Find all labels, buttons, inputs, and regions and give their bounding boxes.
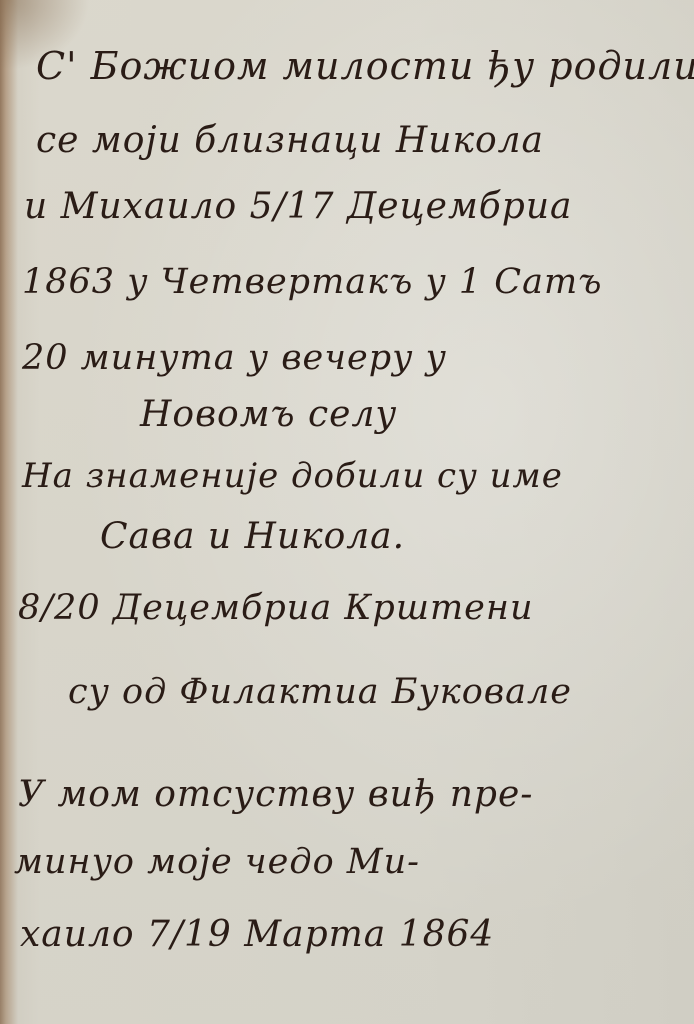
text-line-3: и Михаило 5/17 Децембриа: [24, 186, 572, 227]
text-line-13: хаило 7/19 Марта 1864: [20, 914, 494, 955]
text-line-5: 20 минута у вечеру у: [22, 338, 447, 378]
manuscript-page: С' Божиом милости ђу родили се моји близ…: [0, 0, 694, 1024]
text-line-1: С' Божиом милости ђу родили: [36, 44, 694, 88]
text-line-11: У мом отсуству виђ пре-: [18, 774, 533, 815]
text-line-6: Новомъ селу: [140, 394, 397, 435]
text-line-2: се моји близнаци Никола: [36, 120, 544, 161]
text-line-7: На знаменије добили су име: [22, 456, 563, 496]
text-line-10: су од Филактиа Буковале: [68, 672, 572, 712]
text-line-9: 8/20 Децембриа Крштени: [18, 588, 534, 628]
text-line-12: минуо моје чедо Ми-: [14, 842, 420, 882]
text-line-4: 1863 у Четвертакъ у 1 Сатъ: [22, 262, 602, 302]
text-line-8: Сава и Никола.: [100, 516, 405, 557]
